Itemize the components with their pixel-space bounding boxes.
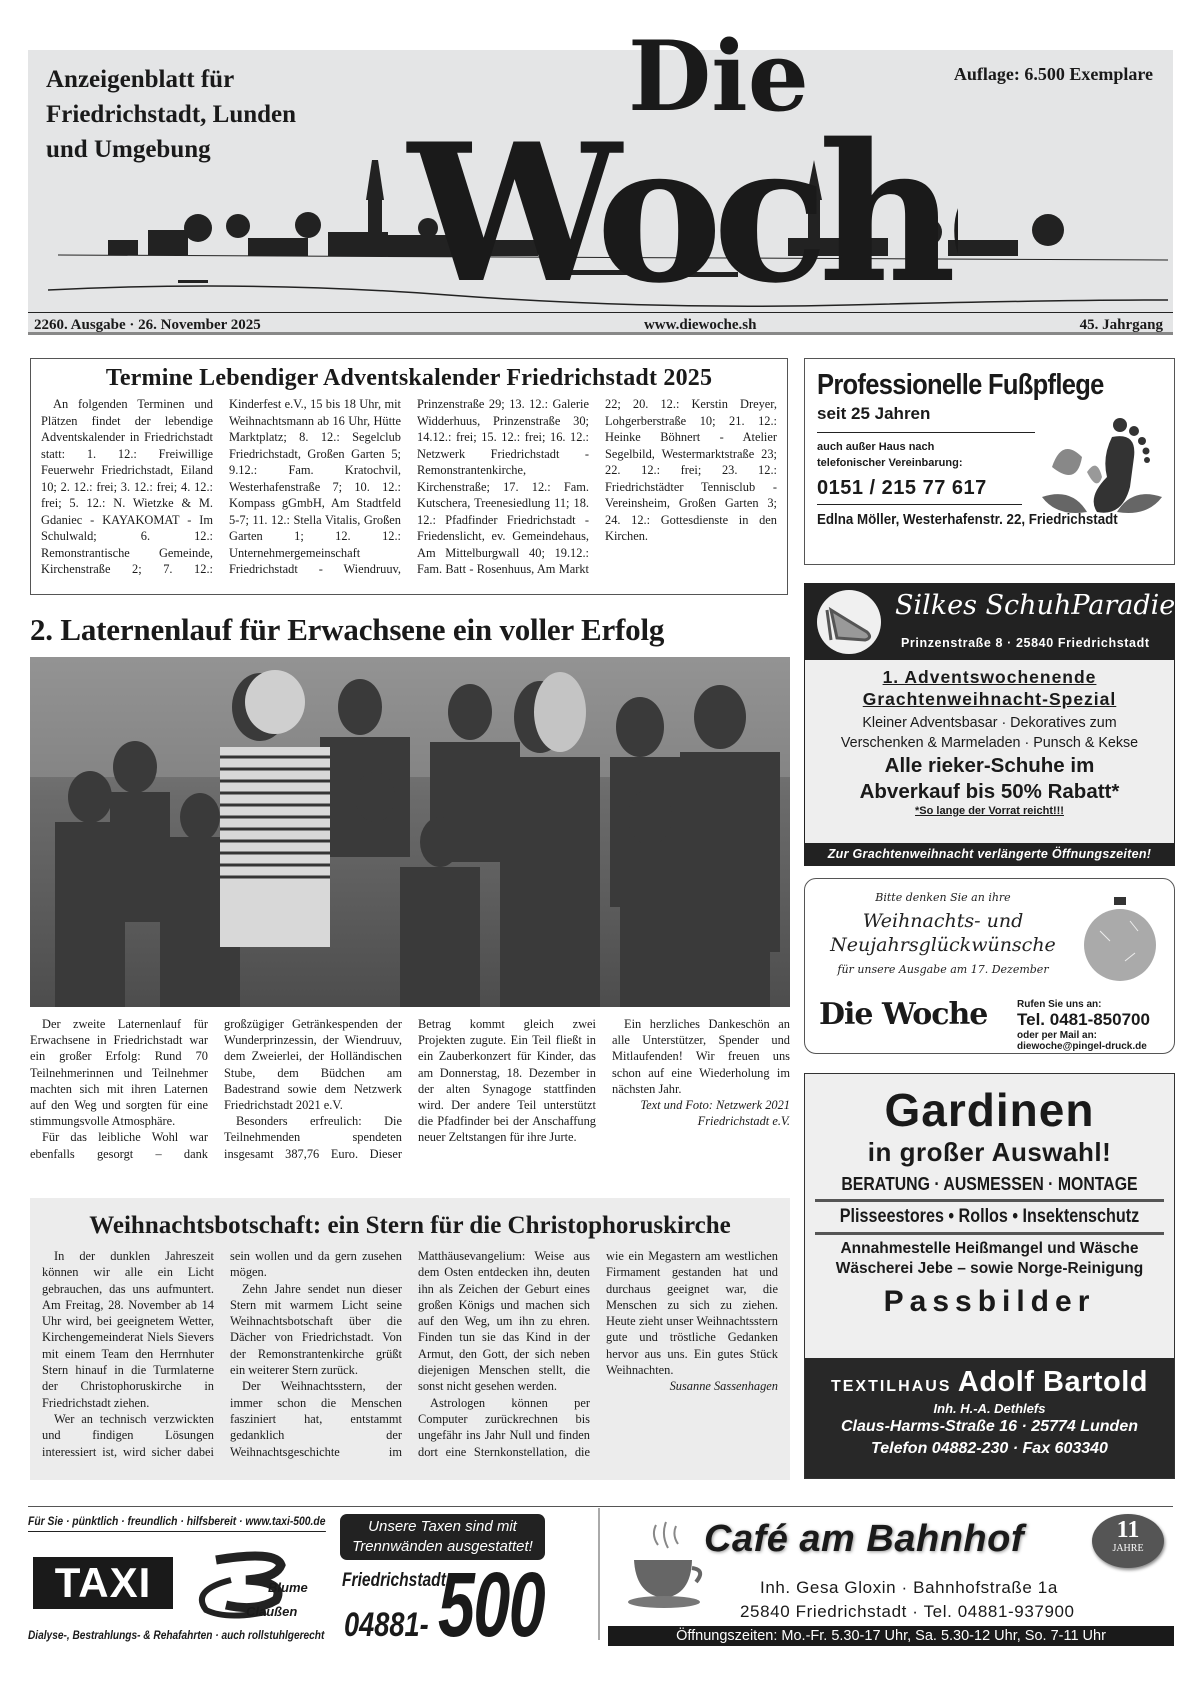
weihnachtsbotschaft-body: In der dunklen Jahreszeit können wir all… — [42, 1248, 778, 1460]
die-woche-logo: Die Woche — [398, 10, 958, 330]
masthead-subtitle: Anzeigenblatt für Friedrichstadt, Lunden… — [46, 62, 296, 167]
phone: Tel. 0481-850700 — [1017, 1010, 1150, 1030]
ad-title: Professionelle Fußpflege — [817, 369, 1121, 402]
ad-weihnachtswuensche[interactable]: Bitte denken Sie an ihre Weihnachts- und… — [804, 878, 1175, 1054]
ad-fusspflege[interactable]: Professionelle Fußpflege seit 25 Jahren … — [804, 358, 1175, 565]
masthead-footer: 2260. Ausgabe · 26. November 2025 www.di… — [34, 314, 1163, 336]
ad-schuhparadies[interactable]: Silkes SchuhParadies Prinzenstraße 8 · 2… — [804, 583, 1175, 866]
termine-headline: Termine Lebendiger Adventskalender Fried… — [41, 365, 777, 392]
termine-body: An folgenden Terminen und Plätzen findet… — [41, 396, 777, 578]
email: diewoche@pingel-druck.de — [1017, 1041, 1150, 1052]
website-link[interactable]: www.diewoche.sh — [644, 317, 757, 334]
ad-cafe-am-bahnhof[interactable]: Café am Bahnhof 11 JAHRE Inh. Gesa Gloxi… — [604, 1510, 1174, 1640]
banner-divider — [28, 1506, 1173, 1507]
ad-taxi[interactable]: Für Sie · pünktlich · freundlich · hilfs… — [28, 1510, 598, 1690]
high-heel-shoe-icon — [817, 590, 881, 654]
volume-info: 45. Jahrgang — [1080, 317, 1163, 334]
ad-gardinen[interactable]: Gardinen in großer Auswahl! BERATUNG · A… — [804, 1073, 1175, 1479]
opening-hours: Öffnungszeiten: Mo.-Fr. 5.30-17 Uhr, Sa.… — [608, 1626, 1174, 1646]
cafe-name: Café am Bahnhof — [704, 1518, 1024, 1561]
shop-name: Silkes SchuhParadies — [895, 590, 1189, 621]
issue-info: 2260. Ausgabe · 26. November 2025 — [34, 317, 261, 334]
weihnachtsbotschaft-article: Weihnachtsbotschaft: ein Stern für die C… — [30, 1198, 790, 1480]
termine-article: Termine Lebendiger Adventskalender Fried… — [30, 358, 788, 595]
laternenlauf-photo — [30, 657, 790, 1007]
coffee-cup-icon — [626, 1520, 706, 1610]
author: Susanne Sassenhagen — [606, 1378, 778, 1394]
die-woche-logo-small: Die Woche — [819, 997, 987, 1032]
weihnachtsbotschaft-headline: Weihnachtsbotschaft: ein Stern für die C… — [42, 1212, 778, 1240]
masthead-rule — [28, 312, 1173, 313]
laternenlauf-headline: 2. Laternenlauf für Erwachsene ein volle… — [30, 612, 790, 648]
svg-text:Woche: Woche — [406, 102, 958, 325]
group-photo-placeholder — [30, 657, 790, 1007]
masthead: Anzeigenblatt für Friedrichstadt, Lunden… — [28, 50, 1173, 335]
photo-credit: Text und Foto: Netzwerk 2021Friedrichsta… — [612, 1097, 790, 1129]
foot-leaves-icon — [1042, 417, 1162, 527]
circulation-label: Auflage: 6.500 Exemplare — [954, 64, 1153, 85]
anniversary-badge: 11 JAHRE — [1092, 1514, 1164, 1568]
christmas-ornament-icon — [1080, 891, 1160, 987]
laternenlauf-body: Der zweite Laternenlauf für Erwachsene i… — [30, 1016, 790, 1162]
taxi-sign: TAXI — [33, 1557, 173, 1609]
